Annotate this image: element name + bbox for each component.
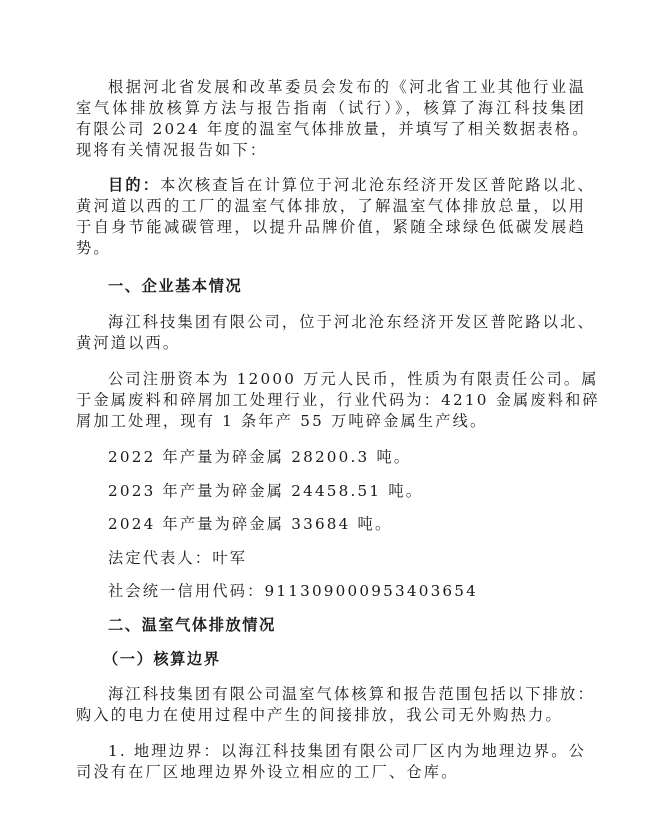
text-line: 根据河北省发展和改革委员会发布的《河北省工业其他行业温: [108, 77, 586, 97]
section-heading-2: 二、温室气体排放情况: [108, 615, 586, 635]
text-line: 目的：本次核查旨在计算位于河北沧东经济开发区普陀路以北、: [108, 175, 586, 195]
purpose-label: 目的：: [108, 176, 160, 194]
text-line: 海江科技集团有限公司，位于河北沧东经济开发区普陀路以北、: [108, 312, 586, 332]
text-line: 公司注册资本为 12000 万元人民币，性质为有限责任公司。属: [108, 369, 586, 389]
text-line: 现将有关情况报告如下：: [76, 140, 586, 160]
text-line: 黄河道以西。: [76, 333, 586, 353]
text-line: 海江科技集团有限公司温室气体核算和报告范围包括以下排放：: [108, 684, 586, 704]
production-2022: 2022 年产量为碎金属 28200.3 吨。: [108, 447, 586, 467]
section-heading-1: 一、企业基本情况: [108, 276, 586, 296]
credit-code: 社会统一信用代码：911309000953403654: [108, 581, 586, 601]
production-2023: 2023 年产量为碎金属 24458.51 吨。: [108, 481, 586, 501]
text-line: 势。: [76, 238, 586, 258]
text-line: 于自身节能减碳管理，以提升品牌价值，紧随全球绿色低碳发展趋: [76, 217, 586, 237]
text-line: 有限公司 2024 年度的温室气体排放量，并填写了相关数据表格。: [76, 119, 586, 139]
production-2024: 2024 年产量为碎金属 33684 吨。: [108, 514, 586, 534]
text-line: 室气体排放核算方法与报告指南（试行）》，核算了海江科技集团: [76, 98, 586, 118]
text-line: 1. 地理边界：以海江科技集团有限公司厂区内为地理边界。公: [108, 741, 586, 761]
subsection-heading-1: （一）核算边界: [103, 649, 613, 669]
text-line: 屑加工处理，现有 1 条年产 55 万吨碎金属生产线。: [76, 411, 586, 431]
text-line: 黄河道以西的工厂的温室气体排放，了解温室气体排放总量，以用: [76, 196, 586, 216]
text-line: 于金属废料和碎屑加工处理行业，行业代码为：4210 金属废料和碎: [76, 390, 586, 410]
document-page: 根据河北省发展和改革委员会发布的《河北省工业其他行业温 室气体排放核算方法与报告…: [0, 0, 649, 837]
text-line: 购入的电力在使用过程中产生的间接排放，我公司无外购热力。: [76, 705, 586, 725]
text-line: 司没有在厂区地理边界外设立相应的工厂、仓库。: [76, 762, 586, 782]
legal-representative: 法定代表人：叶军: [108, 548, 586, 568]
